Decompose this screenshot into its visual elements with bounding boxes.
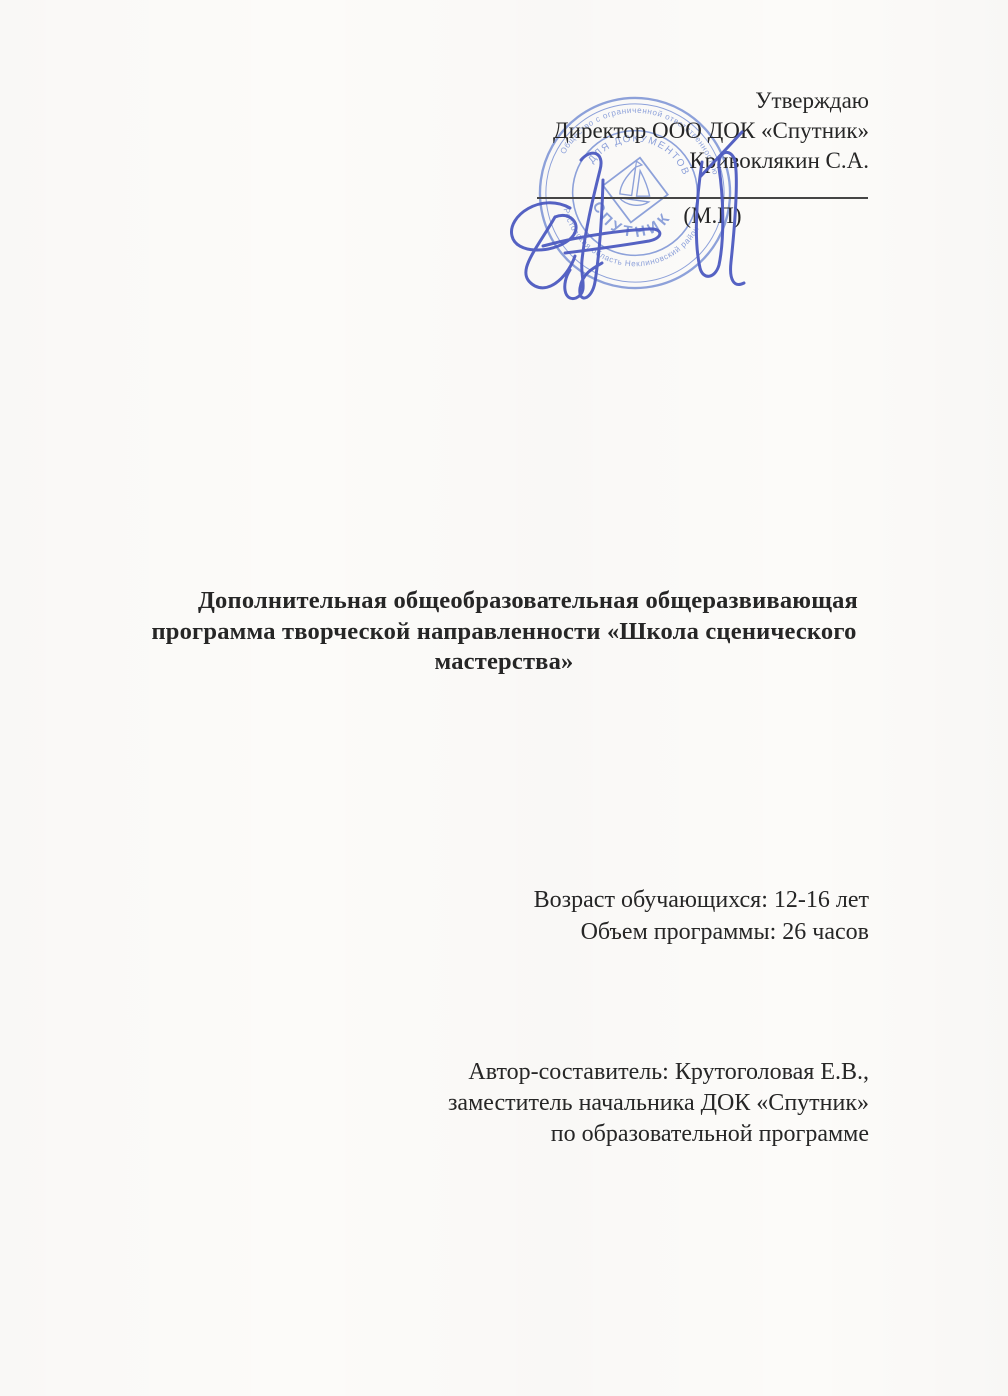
program-details-block: Возраст обучающихся: 12-16 лет Объем про… (534, 884, 869, 948)
author-name-line: Автор-составитель: Крутоголовая Е.В., (448, 1057, 869, 1088)
signature-icon (495, 122, 755, 312)
program-title-line: программа творческой направленности «Шко… (144, 617, 864, 648)
program-title-line: мастерства» (144, 647, 864, 678)
students-age-line: Возраст обучающихся: 12-16 лет (534, 884, 869, 916)
author-position-line2: по образовательной программе (448, 1119, 869, 1150)
author-position-line: заместитель начальника ДОК «Спутник» (448, 1088, 869, 1119)
approval-word: Утверждаю (553, 86, 869, 116)
signature-stroke (512, 132, 744, 299)
program-title: Дополнительная общеобразовательная общер… (144, 586, 864, 678)
document-page: Утверждаю Директор ООО ДОК «Спутник» Кри… (0, 0, 1008, 1396)
program-volume-line: Объем программы: 26 часов (534, 916, 869, 948)
author-block: Автор-составитель: Крутоголовая Е.В., за… (448, 1057, 869, 1150)
program-title-line: Дополнительная общеобразовательная общер… (168, 586, 888, 617)
